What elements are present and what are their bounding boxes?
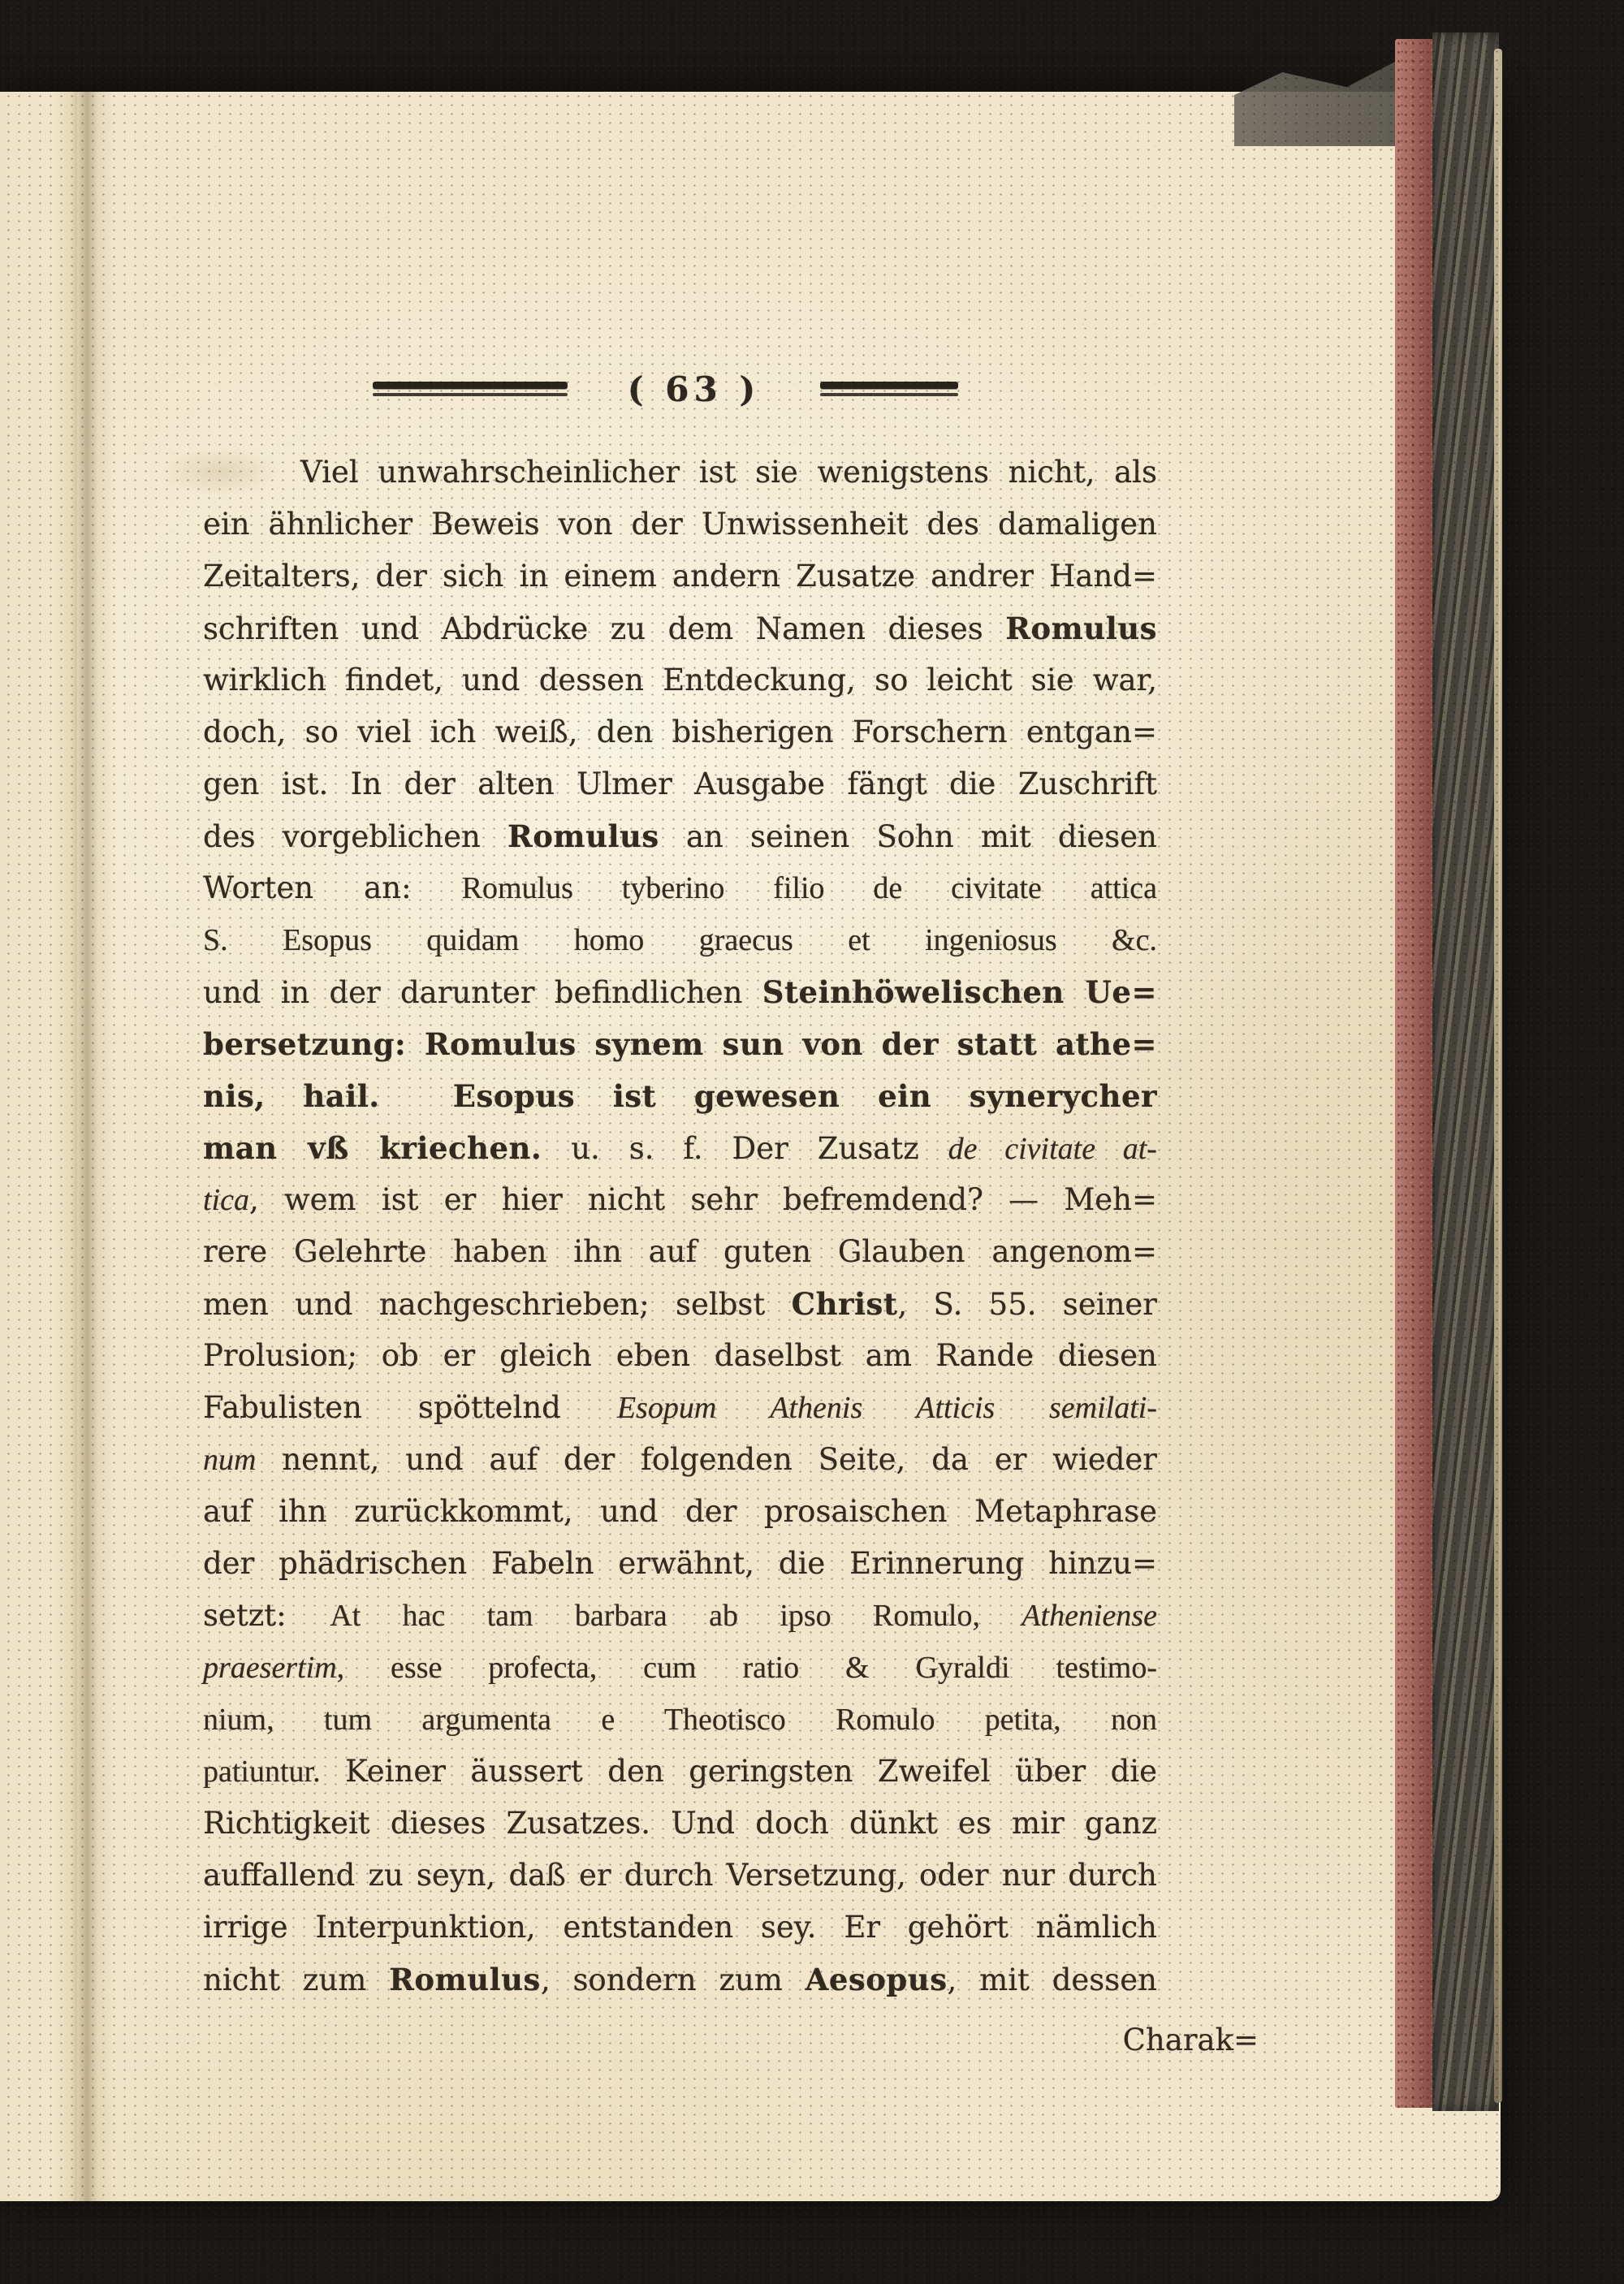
text-line: nium, tum argumenta e Theotisco Romulo p… bbox=[203, 1694, 1157, 1746]
text-segment: Romulus tyberino filio de civitate attic… bbox=[462, 871, 1157, 905]
text-segment: patiuntur. bbox=[203, 1755, 321, 1789]
text-segment: des vorgeblichen bbox=[203, 819, 508, 854]
page-header: ( 63 ) bbox=[373, 365, 958, 413]
text-line: der phädrischen Fabeln erwähnt, die Erin… bbox=[203, 1538, 1157, 1590]
text-segment: , sondern zum bbox=[541, 1962, 806, 1997]
text-segment: nis, hail. bbox=[203, 1078, 380, 1114]
header-rule-left bbox=[373, 382, 568, 396]
text-segment: gen ist. In der alten Ulmer Ausgabe fäng… bbox=[203, 766, 1157, 801]
text-segment: tica bbox=[203, 1183, 249, 1217]
text-segment: an seinen Sohn mit diesen bbox=[659, 819, 1157, 854]
text-line: auf ihn zurückkommt, und der prosaischen… bbox=[203, 1486, 1157, 1538]
header-rule-right bbox=[820, 382, 958, 396]
text-line: man vß kriechen. u. s. f. Der Zusatz de … bbox=[203, 1122, 1157, 1174]
text-segment: wirklich findet, und dessen Entdeckung, … bbox=[203, 663, 1157, 697]
text-line: Viel unwahrscheinlicher ist sie wenigste… bbox=[203, 447, 1157, 499]
text-segment: der phädrischen Fabeln erwähnt, die Erin… bbox=[203, 1546, 1157, 1581]
red-sprinkled-fore-edge bbox=[1395, 39, 1434, 2108]
text-segment: S. Esopus quidam homo graecus et ingenio… bbox=[203, 923, 1157, 957]
text-line: irrige Interpunktion, entstanden sey. Er… bbox=[203, 1902, 1157, 1954]
text-segment: Aesopus bbox=[806, 1962, 948, 1997]
text-line: und in der darunter befindlichen Steinhö… bbox=[203, 966, 1157, 1018]
text-segment: , S. 55. seiner bbox=[897, 1287, 1157, 1322]
text-line: ein ähnlicher Beweis von der Unwissenhei… bbox=[203, 499, 1157, 550]
text-segment: rere Gelehrte haben ihn auf guten Glaube… bbox=[203, 1234, 1157, 1269]
text-line: rere Gelehrte haben ihn auf guten Glaube… bbox=[203, 1226, 1157, 1278]
rule-line-thick bbox=[373, 382, 568, 389]
text-segment: Fabulisten spöttelnd bbox=[203, 1390, 617, 1425]
text-line: nis, hail. Esopus ist gewesen ein synery… bbox=[203, 1070, 1157, 1122]
text-line: num nennt, und auf der folgenden Seite, … bbox=[203, 1434, 1157, 1486]
text-segment: Prolusion; ob er gleich eben daselbst am… bbox=[203, 1338, 1157, 1373]
text-segment: , wem ist er hier nicht sehr befremdend?… bbox=[249, 1182, 1157, 1217]
text-line: S. Esopus quidam homo graecus et ingenio… bbox=[203, 914, 1157, 966]
book-page: ( 63 ) Viel unwahrscheinlicher ist sie w… bbox=[0, 92, 1501, 2201]
text-line: Prolusion; ob er gleich eben daselbst am… bbox=[203, 1330, 1157, 1382]
text-segment: ein ähnlicher Beweis von der Unwissenhei… bbox=[203, 507, 1157, 542]
text-segment: nicht zum bbox=[203, 1962, 389, 1997]
text-segment: und in der darunter befindlichen bbox=[203, 975, 762, 1010]
text-segment: Christ bbox=[792, 1286, 898, 1322]
text-segment: Romulus bbox=[508, 818, 659, 854]
rule-line-thin bbox=[373, 393, 568, 396]
text-line: Zeitalters, der sich in einem andern Zus… bbox=[203, 550, 1157, 602]
text-segment: setzt: bbox=[203, 1598, 330, 1633]
text-line: wirklich findet, und dessen Entdeckung, … bbox=[203, 654, 1157, 706]
text-line: Fabulisten spöttelnd Esopum Athenis Atti… bbox=[203, 1382, 1157, 1434]
text-segment: men und nachgeschrieben; selbst bbox=[203, 1287, 792, 1322]
text-segment: num bbox=[203, 1443, 256, 1477]
text-line: nicht zum Romulus, sondern zum Aesopus, … bbox=[203, 1954, 1157, 2006]
catchword: Charak= bbox=[203, 2023, 1259, 2057]
text-segment bbox=[380, 1079, 453, 1114]
text-line: Worten an: Romulus tyberino filio de civ… bbox=[203, 862, 1157, 914]
text-segment: auf ihn zurückkommt, und der prosaischen… bbox=[203, 1494, 1157, 1529]
text-line: des vorgeblichen Romulus an seinen Sohn … bbox=[203, 810, 1157, 862]
text-segment: man vß kriechen. bbox=[203, 1130, 542, 1166]
rule-line-thick bbox=[820, 382, 958, 389]
text-segment: Romulus bbox=[1005, 611, 1157, 646]
text-segment: Atheniense bbox=[1021, 1599, 1157, 1633]
text-segment: Esopus ist gewesen ein synerycher bbox=[453, 1078, 1157, 1114]
text-segment: Worten an: bbox=[203, 870, 462, 905]
text-segment: Steinhöwelischen Ue= bbox=[762, 974, 1157, 1010]
text-line: patiuntur. Keiner äussert den geringsten… bbox=[203, 1746, 1157, 1798]
text-segment: At hac tam barbara ab ipso Romulo, bbox=[330, 1599, 1021, 1633]
text-segment: Romulus bbox=[389, 1962, 541, 1997]
text-segment: nennt, und auf der folgenden Seite, da e… bbox=[256, 1442, 1157, 1477]
text-segment: u. s. f. Der Zusatz bbox=[542, 1131, 948, 1166]
text-line: setzt: At hac tam barbara ab ipso Romulo… bbox=[203, 1590, 1157, 1642]
text-segment: , esse profecta, cum ratio & Gyraldi tes… bbox=[337, 1651, 1157, 1685]
text-line: tica, wem ist er hier nicht sehr befremd… bbox=[203, 1174, 1157, 1226]
text-line: doch, so viel ich weiß, den bisherigen F… bbox=[203, 706, 1157, 758]
text-segment: doch, so viel ich weiß, den bisherigen F… bbox=[203, 715, 1157, 749]
text-segment: bersetzung: Romulus synem sun von der st… bbox=[203, 1026, 1157, 1062]
page-number: ( 63 ) bbox=[628, 369, 760, 409]
text-line: auffallend zu seyn, daß er durch Versetz… bbox=[203, 1850, 1157, 1902]
book-scan-background: ( 63 ) Viel unwahrscheinlicher ist sie w… bbox=[0, 0, 1624, 2284]
text-segment: Zeitalters, der sich in einem andern Zus… bbox=[203, 559, 1157, 594]
text-segment: nium, tum argumenta e Theotisco Romulo p… bbox=[203, 1703, 1157, 1737]
gutter-crease-shadow bbox=[71, 92, 115, 2201]
page-text-block: Viel unwahrscheinlicher ist sie wenigste… bbox=[203, 447, 1157, 2006]
marbled-cover-edge bbox=[1432, 32, 1499, 2111]
text-segment: Keiner äussert den geringsten Zweifel üb… bbox=[321, 1754, 1157, 1789]
text-line: bersetzung: Romulus synem sun von der st… bbox=[203, 1018, 1157, 1070]
text-segment: Richtigkeit dieses Zusatzes. Und doch dü… bbox=[203, 1806, 1157, 1841]
text-line: gen ist. In der alten Ulmer Ausgabe fäng… bbox=[203, 758, 1157, 810]
text-segment: irrige Interpunktion, entstanden sey. Er… bbox=[203, 1910, 1157, 1945]
text-segment: auffallend zu seyn, daß er durch Versetz… bbox=[203, 1858, 1157, 1893]
text-segment: schriften und Abdrücke zu dem Namen dies… bbox=[203, 611, 1005, 646]
gutter-page-edge bbox=[0, 92, 77, 2201]
rule-line-thin bbox=[820, 393, 958, 396]
text-segment: Esopum Athenis Atticis semilati- bbox=[617, 1391, 1157, 1425]
text-line: schriften und Abdrücke zu dem Namen dies… bbox=[203, 602, 1157, 654]
text-segment: praesertim bbox=[203, 1651, 337, 1685]
text-segment: , mit dessen bbox=[948, 1962, 1157, 1997]
text-line: praesertim, esse profecta, cum ratio & G… bbox=[203, 1642, 1157, 1694]
text-segment: Viel unwahrscheinlicher ist sie wenigste… bbox=[300, 455, 1157, 490]
cover-edge-highlight bbox=[1494, 49, 1502, 2103]
text-segment: de civitate at- bbox=[948, 1132, 1157, 1166]
text-line: Richtigkeit dieses Zusatzes. Und doch dü… bbox=[203, 1798, 1157, 1850]
text-line: men und nachgeschrieben; selbst Christ, … bbox=[203, 1278, 1157, 1330]
